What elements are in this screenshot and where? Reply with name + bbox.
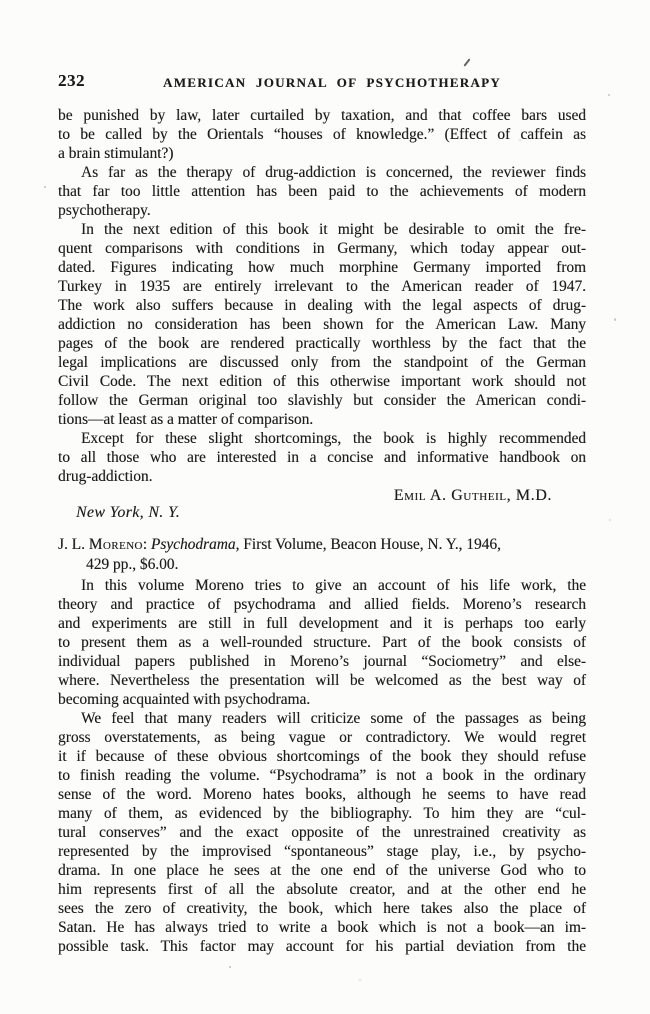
text-line: As far as the therapy of drug-addiction …	[58, 163, 586, 182]
text-line: follow the German original too slavishly…	[58, 391, 586, 410]
citation-separator: :	[143, 536, 151, 553]
publication-info: First Volume, Beacon House, N. Y., 1946,	[239, 536, 501, 553]
text-line: Except for these slight shortcomings, th…	[58, 429, 586, 448]
text-line: In the next edition of this book it migh…	[58, 220, 586, 239]
page-number: 232	[58, 71, 85, 91]
text-line: represented by the improvised “spontaneo…	[58, 842, 586, 861]
text-line: possible task. This factor may account f…	[58, 937, 586, 956]
scanned-journal-page: 232 AMERICAN JOURNAL OF PSYCHOTHERAPY be…	[0, 0, 650, 1014]
scan-speck	[44, 186, 46, 188]
book-author-prefix: J. L.	[58, 536, 89, 553]
text-line: it if because of these obvious shortcomi…	[58, 747, 586, 766]
text-line: and experiments are still in full develo…	[58, 614, 586, 633]
scan-speck	[608, 94, 610, 96]
text-line: to present them as a well-rounded struct…	[58, 633, 586, 652]
paragraph: be punished by law, later curtailed by t…	[58, 106, 586, 163]
text-line: In this volume Moreno tries to give an a…	[58, 576, 586, 595]
scan-speck	[229, 966, 231, 968]
book-citation-line1: J. L. Moreno: Psychodrama, First Volume,…	[58, 535, 588, 555]
journal-title: AMERICAN JOURNAL OF PSYCHOTHERAPY	[163, 75, 501, 91]
paragraph: We feel that many readers will criticize…	[58, 709, 586, 956]
text-line: dated. Figures indicating how much morph…	[58, 258, 586, 277]
reviewer-location: New York, N. Y.	[76, 504, 180, 522]
text-line: psychotherapy.	[58, 201, 586, 220]
text-line: individual papers published in Moreno’s …	[58, 652, 586, 671]
text-line: becoming acquainted with psychodrama.	[58, 690, 586, 709]
text-line: sees the zero of creativity, the book, w…	[58, 899, 586, 918]
text-line: be punished by law, later curtailed by t…	[58, 106, 586, 125]
review-gutheil-text: be punished by law, later curtailed by t…	[58, 106, 586, 486]
paragraph: In the next edition of this book it migh…	[58, 220, 586, 429]
text-line: to all those who are interested in a con…	[58, 448, 586, 467]
text-line: Satan. He has always tried to write a bo…	[58, 918, 586, 937]
text-line: sense of the word. Moreno hates books, a…	[58, 785, 586, 804]
book-author-name: Moreno	[89, 536, 143, 553]
text-line: many of them, as evidenced by the biblio…	[58, 804, 586, 823]
text-line: We feel that many readers will criticize…	[58, 709, 586, 728]
text-line: pages of the book are rendered practical…	[58, 334, 586, 353]
scan-speck	[614, 318, 616, 321]
text-line: quent comparisons with conditions in Ger…	[58, 239, 586, 258]
text-line: Turkey in 1935 are entirely irrelevant t…	[58, 277, 586, 296]
text-line: where. Nevertheless the presentation wil…	[58, 671, 586, 690]
paragraph: As far as the therapy of drug-addiction …	[58, 163, 586, 220]
text-line: drug-addiction.	[58, 467, 586, 486]
text-line: The work also suffers because in dealing…	[58, 296, 586, 315]
book-title: Psychodrama,	[151, 536, 239, 553]
text-line: tural conserves” and the exact opposite …	[58, 823, 586, 842]
text-line: that far too little attention has been p…	[58, 182, 586, 201]
text-line: Civil Code. The next edition of this oth…	[58, 372, 586, 391]
paragraph: Except for these slight shortcomings, th…	[58, 429, 586, 486]
text-line: gross overstatements, as being vague or …	[58, 728, 586, 747]
book-citation-line2: 429 pp., $6.00.	[58, 555, 588, 575]
text-line: tions—at least as a matter of comparison…	[58, 410, 586, 429]
book-citation: J. L. Moreno: Psychodrama, First Volume,…	[58, 535, 588, 575]
text-line: drama. In one place he sees at the one e…	[58, 861, 586, 880]
text-line: a brain stimulant?)	[58, 144, 586, 163]
scan-speck	[463, 58, 470, 66]
reviewer-signature: Emil A. Gutheil, M.D.	[58, 487, 586, 505]
review-moreno-text: In this volume Moreno tries to give an a…	[58, 576, 586, 956]
text-line: legal implications are discussed only fr…	[58, 353, 586, 372]
text-line: theory and practice of psychodrama and a…	[58, 595, 586, 614]
text-line: to finish reading the volume. “Psychodra…	[58, 766, 586, 785]
text-line: to be called by the Orientals “houses of…	[58, 125, 586, 144]
paragraph: In this volume Moreno tries to give an a…	[58, 576, 586, 709]
text-line: him represents first of all the absolute…	[58, 880, 586, 899]
text-line: addiction no consideration has been show…	[58, 315, 586, 334]
